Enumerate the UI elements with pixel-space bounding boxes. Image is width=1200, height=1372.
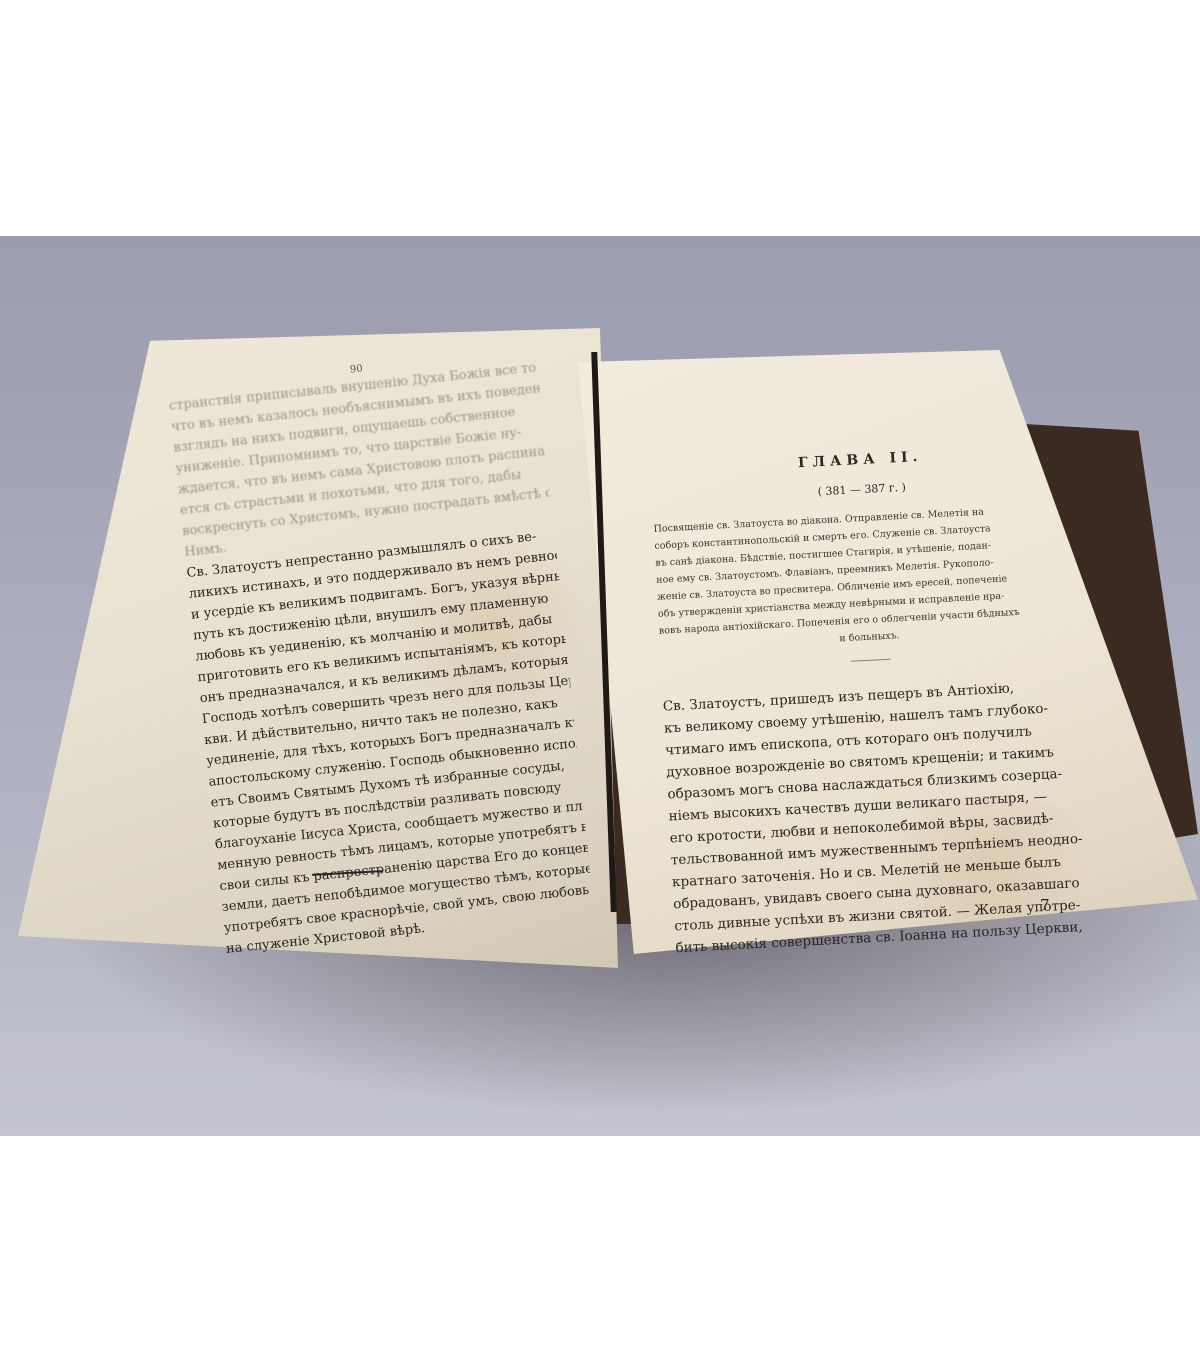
book-photograph: 90 странствія приписываль внушенію Духа … [0,236,1200,1136]
chapter-body: Св. Златоустъ, пришедъ изъ пещеръ въ Ант… [662,674,1095,960]
right-page-text: ГЛАВА II. ( 381 — 387 г. ) Посвященіе св… [650,439,1096,959]
left-page-number: 90 [349,363,363,375]
chapter-divider [851,659,891,662]
right-page-number: 7 [1040,896,1050,914]
chapter-summary: Посвященіе св. Златоуста во діакона. Отп… [653,499,1080,657]
